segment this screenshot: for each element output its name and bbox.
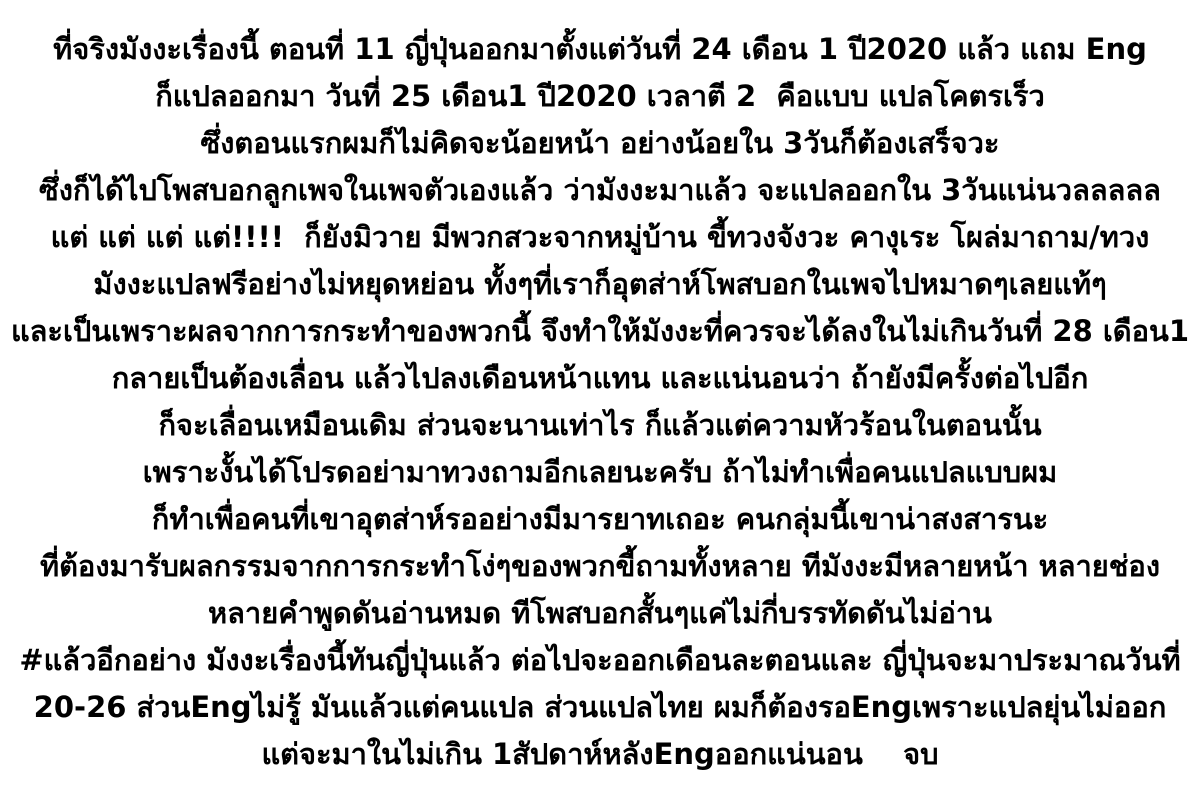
text-line: แต่ แต่ แต่ แต่!!!! ก็ยังมิวาย มีพวกสวะจ…	[0, 214, 1200, 261]
text-line: ที่จริงมังงะเรื่องนี้ ตอนที่ 11 ญี่ปุ่นอ…	[0, 26, 1200, 73]
text-line: ก็แปลออกมา วันที่ 25 เดือน1 ปี2020 เวลาต…	[0, 73, 1200, 120]
text-line: เพราะงั้นได้โปรดอย่ามาทวงถามอีกเลยนะครับ…	[0, 449, 1200, 496]
text-line: กลายเป็นต้องเลื่อน แล้วไปลงเดือนหน้าแทน …	[0, 355, 1200, 402]
text-line: หลายคำพูดดันอ่านหมด ทีโพสบอกสั้นๆแค่ไม่ก…	[0, 590, 1200, 637]
text-line: 20-26 ส่วนEngไม่รู้ มันแล้วแต่คนแปล ส่วน…	[0, 684, 1200, 731]
page: ที่จริงมังงะเรื่องนี้ ตอนที่ 11 ญี่ปุ่นอ…	[0, 0, 1200, 800]
text-line: และเป็นเพราะผลจากการกระทำของพวกนี้ จึงทำ…	[0, 308, 1200, 355]
text-line: แต่จะมาในไม่เกิน 1สัปดาห์หลังEngออกแน่นอ…	[0, 731, 1200, 778]
text-line: ซึ่งก็ได้ไปโพสบอกลูกเพจในเพจตัวเองแล้ว ว…	[0, 167, 1200, 214]
translator-note-text: ที่จริงมังงะเรื่องนี้ ตอนที่ 11 ญี่ปุ่นอ…	[0, 26, 1200, 778]
text-line: ก็จะเลื่อนเหมือนเดิม ส่วนจะนานเท่าไร ก็แ…	[0, 402, 1200, 449]
text-line: มังงะแปลฟรีอย่างไม่หยุดหย่อน ทั้งๆที่เรา…	[0, 261, 1200, 308]
text-line: ที่ต้องมารับผลกรรมจากการกระทำโง่ๆของพวกข…	[0, 543, 1200, 590]
text-line: #แล้วอีกอย่าง มังงะเรื่องนี้ทันญี่ปุ่นแล…	[0, 637, 1200, 684]
text-line: ก็ทำเพื่อคนที่เขาอุตส่าห์รออย่างมีมารยาท…	[0, 496, 1200, 543]
text-line: ซึ่งตอนแรกผมก็ไม่คิดจะน้อยหน้า อย่างน้อย…	[0, 120, 1200, 167]
